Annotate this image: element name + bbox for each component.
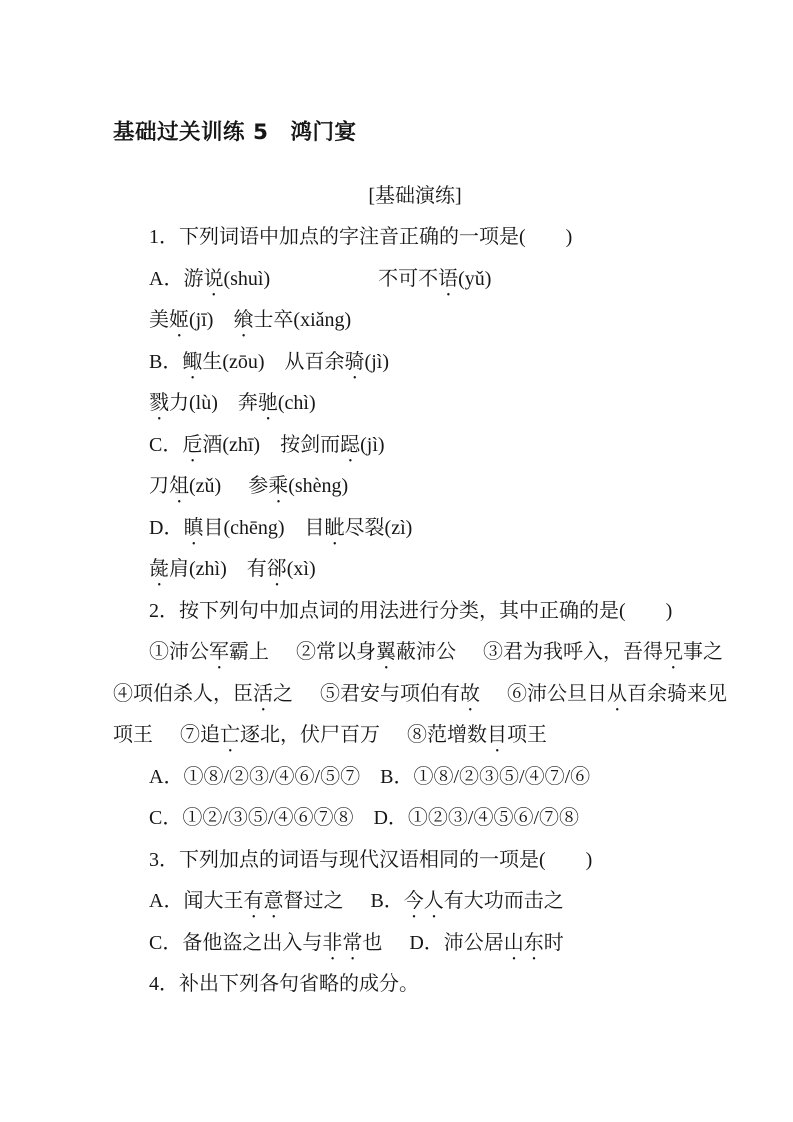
q2-items-line2: ④项伯杀人，臣活之⑤君安与项伯有故⑥沛公旦日从百余骑来见 xyxy=(113,674,713,716)
dotted-text: 非常 xyxy=(322,932,362,954)
dotted-text: 驰 xyxy=(258,392,278,414)
q1-option-b: B．鲰生(zōu)从百余骑(jì) xyxy=(113,342,713,384)
q3-stem: 3．下列加点的词语与现代汉语相同的一项是( ) xyxy=(113,840,713,882)
text: 奔 xyxy=(238,392,258,414)
q2-items-line3: 项王⑦追亡逐北，伏尸百万⑧范增数目项王 xyxy=(113,715,713,757)
dotted-text: 故 xyxy=(460,683,480,705)
text: C．①②/③⑤/④⑥⑦⑧ xyxy=(149,807,353,829)
text-gap xyxy=(480,699,507,700)
dotted-text: 翼 xyxy=(376,641,396,663)
dotted-text: 彘 xyxy=(149,558,169,580)
q1-stem: 1．下列词语中加点的字注音正确的一项是( ) xyxy=(113,217,713,259)
text: 肩(zhì) xyxy=(169,558,227,580)
text: A．①⑧/②③/④⑥/⑤⑦ xyxy=(149,766,360,788)
text: B． xyxy=(370,890,403,912)
text: A．闻大王 xyxy=(149,890,243,912)
text-gap xyxy=(380,740,407,741)
dotted-text: 骑 xyxy=(345,351,365,373)
text: 事之 xyxy=(683,641,723,663)
dotted-text: 鲰 xyxy=(182,351,202,373)
q3-option-cd: C．备他盗之出入与非常也D．沛公居山东时 xyxy=(113,923,713,965)
text: 蔽沛公 xyxy=(396,641,456,663)
text: (jì) xyxy=(365,351,389,373)
q2-option-cd: C．①②/③⑤/④⑥⑦⑧D．①②③/④⑤⑥/⑦⑧ xyxy=(113,798,713,840)
text: (shèng) xyxy=(288,475,348,497)
text: 从百余 xyxy=(285,351,345,373)
text: ⑦追 xyxy=(180,724,220,746)
dotted-text: 兄 xyxy=(663,641,683,663)
text: (xì) xyxy=(287,558,316,580)
text: 4．补出下列各句省略的成分。 xyxy=(149,973,419,995)
text: D． xyxy=(149,517,183,539)
q1-option-b-cont: 戮力(lù)奔驰(chì) xyxy=(113,383,713,425)
text: D．沛公居 xyxy=(409,932,503,954)
q2-option-ab: A．①⑧/②③/④⑥/⑤⑦B．①⑧/②③⑤/④⑦/⑥ xyxy=(113,757,713,799)
text: 目(chēng) xyxy=(203,517,284,539)
text: ①沛公 xyxy=(149,641,209,663)
text-gap xyxy=(213,325,233,326)
dotted-text: 活 xyxy=(253,683,273,705)
dotted-text: 乘 xyxy=(268,475,288,497)
text: 1．下列词语中加点的字注音正确的一项是( ) xyxy=(149,226,572,248)
text: 霸上 xyxy=(229,641,269,663)
text: 美 xyxy=(149,309,169,331)
text: 尽裂(zì) xyxy=(345,517,413,539)
text: 参 xyxy=(248,475,268,497)
text: 刀 xyxy=(149,475,169,497)
dotted-text: 戮 xyxy=(149,392,169,414)
dotted-text: 俎 xyxy=(169,475,189,497)
text-gap xyxy=(227,574,247,575)
text: (yǔ) xyxy=(458,268,491,290)
text-gap xyxy=(260,450,280,451)
q3-option-ab: A．闻大王有意督过之B．今人有大功而击之 xyxy=(113,881,713,923)
text-gap xyxy=(221,491,248,492)
dotted-text: 飨 xyxy=(233,309,253,331)
text: 3．下列加点的词语与现代汉语相同的一项是( ) xyxy=(149,849,592,871)
text-gap xyxy=(456,657,483,658)
text-gap xyxy=(382,948,409,949)
text: B．①⑧/②③⑤/④⑦/⑥ xyxy=(380,766,590,788)
text: (chì) xyxy=(278,392,316,414)
text: 力(lù) xyxy=(169,392,218,414)
text: 有大功而击之 xyxy=(444,890,564,912)
text: 目 xyxy=(305,517,325,539)
text: 项王 xyxy=(507,724,547,746)
doc-title: 基础过关训练 5 鸿门宴 xyxy=(113,119,713,147)
dotted-text: 军 xyxy=(209,641,229,663)
text-gap xyxy=(153,740,180,741)
text: 时 xyxy=(544,932,564,954)
document-body: 1．下列词语中加点的字注音正确的一项是( )A．游说(shuì)不可不语(yǔ)… xyxy=(113,217,713,1006)
text-gap xyxy=(343,906,370,907)
text: B． xyxy=(149,351,182,373)
dotted-text: 姬 xyxy=(169,309,189,331)
q2-stem: 2．按下列句中加点词的用法进行分类，其中正确的是( ) xyxy=(113,591,713,633)
dotted-text: 有意 xyxy=(243,890,283,912)
text: 之 xyxy=(273,683,293,705)
dotted-text: 从 xyxy=(607,683,627,705)
q1-option-c-cont: 刀俎(zǔ)参乘(shèng) xyxy=(113,466,713,508)
text-gap xyxy=(293,699,320,700)
text: ⑤君安与项伯有 xyxy=(320,683,460,705)
text-gap xyxy=(269,657,296,658)
text-gap xyxy=(218,408,238,409)
dotted-text: 亡 xyxy=(220,724,240,746)
text: ⑥沛公旦日 xyxy=(507,683,607,705)
text: (shuì) xyxy=(223,268,270,290)
text: (jì) xyxy=(360,434,384,456)
dotted-text: 郤 xyxy=(267,558,287,580)
text: ②常以身 xyxy=(296,641,376,663)
dotted-text: 今人 xyxy=(404,890,444,912)
text: ③君为我呼入，吾得 xyxy=(483,641,663,663)
text: 项王 xyxy=(113,724,153,746)
text-gap xyxy=(285,533,305,534)
text: 酒(zhī) xyxy=(202,434,260,456)
text: 也 xyxy=(362,932,382,954)
text: 按剑而 xyxy=(280,434,340,456)
text: C．备他盗之出入与 xyxy=(149,932,322,954)
text: C． xyxy=(149,434,182,456)
dotted-text: 眦 xyxy=(325,517,345,539)
dotted-text: 山东 xyxy=(504,932,544,954)
text-gap xyxy=(360,782,380,783)
text: 不可不 xyxy=(378,268,438,290)
dotted-text: 目 xyxy=(487,724,507,746)
q2-items-line1: ①沛公军霸上②常以身翼蔽沛公③君为我呼入，吾得兄事之 xyxy=(113,632,713,674)
text: A．游 xyxy=(149,268,203,290)
dotted-text: 跽 xyxy=(340,434,360,456)
text: 2．按下列句中加点词的用法进行分类，其中正确的是( ) xyxy=(149,600,672,622)
text: D．①②③/④⑤⑥/⑦⑧ xyxy=(373,807,579,829)
text: 逐北，伏尸百万 xyxy=(240,724,380,746)
q1-option-c: C．卮酒(zhī)按剑而跽(jì) xyxy=(113,425,713,467)
text-gap xyxy=(353,823,373,824)
q1-option-a: A．游说(shuì)不可不语(yǔ) xyxy=(113,259,713,301)
dotted-text: 语 xyxy=(438,268,458,290)
q1-option-d: D．瞋目(chēng)目眦尽裂(zì) xyxy=(113,508,713,550)
text: 督过之 xyxy=(283,890,343,912)
dotted-text: 卮 xyxy=(182,434,202,456)
dotted-text: 说 xyxy=(203,268,223,290)
q4-stem: 4．补出下列各句省略的成分。 xyxy=(113,964,713,1006)
page: 基础过关训练 5 鸿门宴 [基础演练] 1．下列词语中加点的字注音正确的一项是(… xyxy=(0,0,793,1122)
q1-option-d-cont: 彘肩(zhì)有郤(xì) xyxy=(113,549,713,591)
section-header: [基础演练] xyxy=(113,175,677,217)
text: ⑧范增数 xyxy=(407,724,487,746)
text: (jī) xyxy=(189,309,213,331)
text: 士卒(xiǎng) xyxy=(253,309,351,331)
text: 百余骑来见 xyxy=(627,683,727,705)
text: 生(zōu) xyxy=(202,351,264,373)
q1-option-a-cont: 美姬(jī)飨士卒(xiǎng) xyxy=(113,300,713,342)
dotted-text: 瞋 xyxy=(183,517,203,539)
document-content: 基础过关训练 5 鸿门宴 [基础演练] 1．下列词语中加点的字注音正确的一项是(… xyxy=(113,0,713,1006)
text: ④项伯杀人，臣 xyxy=(113,683,253,705)
text: 有 xyxy=(247,558,267,580)
text-gap xyxy=(270,284,378,285)
text-gap xyxy=(265,367,285,368)
text: (zǔ) xyxy=(189,475,221,497)
